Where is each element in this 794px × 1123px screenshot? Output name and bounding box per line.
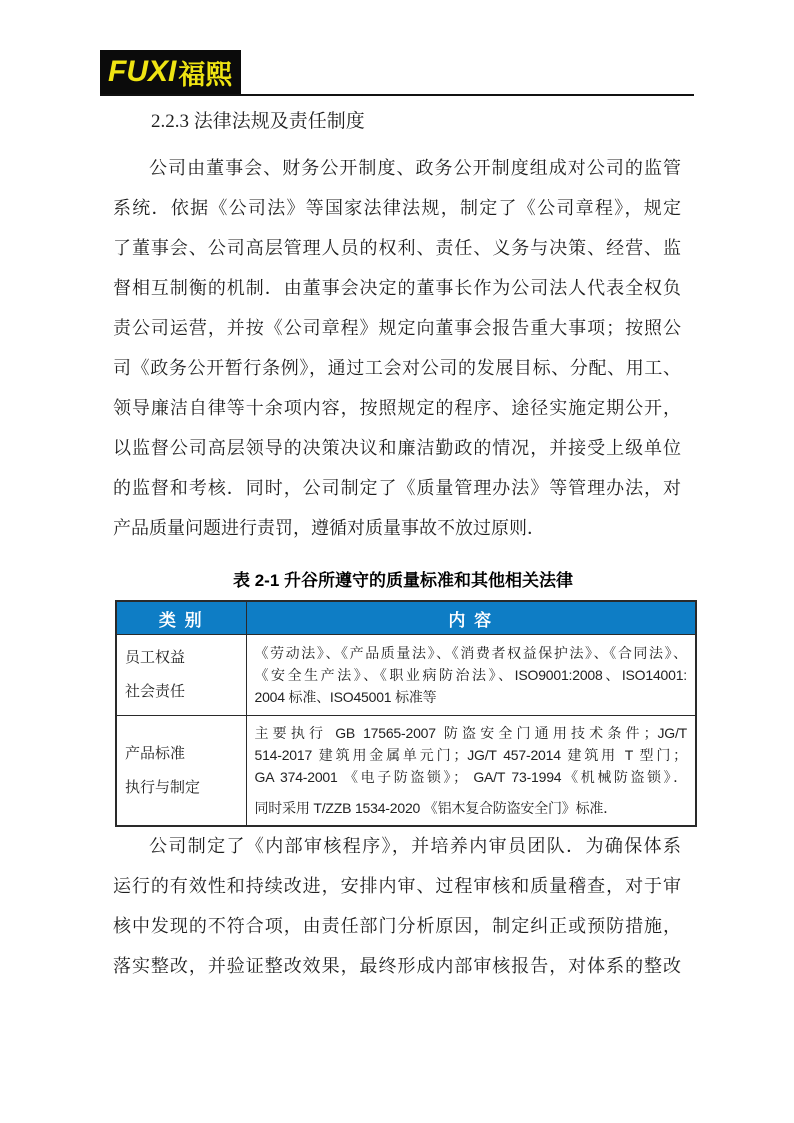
header-divider (100, 94, 694, 96)
paragraph-line: 核中发现的不符合项，由责任部门分析原因，制定纠正或预防措施， (113, 906, 681, 946)
category-line: 产品标准 (125, 737, 238, 771)
logo-cjk-text: 福熙 (178, 53, 232, 92)
paragraph-line: 司《政务公开暂行条例》，通过工会对公司的发展目标、分配、用工、 (113, 348, 681, 388)
logo-latin-text: FUXI (108, 55, 176, 89)
content-cell: 主要执行 GB 17565-2007 防盗安全门通用技术条件；JG/T 514-… (246, 716, 696, 827)
category-cell: 产品标准 执行与制定 (116, 716, 246, 827)
category-line: 员工权益 (125, 641, 238, 675)
paragraph-line: 落实整改，并验证整改效果，最终形成内部审核报告，对体系的整改 (113, 946, 681, 986)
content-line: 514-2017 建筑用金属单元门；JG/T 457-2014 建筑用 T 型门… (255, 744, 688, 766)
paragraph-line: 以监督公司高层领导的决策决议和廉洁勤政的情况，并接受上级单位 (113, 428, 681, 468)
category-line: 社会责任 (125, 675, 238, 709)
paragraph-2: 公司制定了《内部审核程序》，并培养内审员团队．为确保体系 运行的有效性和持续改进… (113, 826, 681, 986)
standards-table: 类 别 内 容 员工权益 社会责任 《劳动法》、《产品质量法》、《消费者权益保护… (115, 600, 697, 827)
table-header-content: 内 容 (246, 601, 696, 635)
paragraph-line: 的监督和考核．同时，公司制定了《质量管理办法》等管理办法，对 (113, 468, 681, 508)
paragraph-line: 公司由董事会、财务公开制度、政务公开制度组成对公司的监管 (113, 148, 681, 188)
paragraph-line: 责公司运营，并按《公司章程》规定向董事会报告重大事项；按照公 (113, 308, 681, 348)
category-line: 执行与制定 (125, 771, 238, 805)
table-row: 员工权益 社会责任 《劳动法》、《产品质量法》、《消费者权益保护法》、《合同法》… (116, 635, 696, 716)
table-header-row: 类 别 内 容 (116, 601, 696, 635)
document-page: FUXI 福熙 2.2.3 法律法规及责任制度 公司由董事会、财务公开制度、政务… (0, 0, 794, 1123)
paragraph-line: 产品质量问题进行责罚，遵循对质量事故不放过原则． (113, 508, 681, 548)
paragraph-line: 了董事会、公司高层管理人员的权利、责任、义务与决策、经营、监 (113, 228, 681, 268)
paragraph-line: 公司制定了《内部审核程序》，并培养内审员团队．为确保体系 (113, 826, 681, 866)
company-logo: FUXI 福熙 (100, 50, 241, 96)
content-line: 《安全生产法》、《职业病防治法》、ISO9001:2008、ISO14001: (255, 664, 688, 686)
content-line: 主要执行 GB 17565-2007 防盗安全门通用技术条件；JG/T (255, 722, 688, 744)
content-line: GA 374-2001 《电子防盗锁》； GA/T 73-1994《机械防盗锁》… (255, 766, 688, 788)
content-cell: 《劳动法》、《产品质量法》、《消费者权益保护法》、《合同法》、 《安全生产法》、… (246, 635, 696, 716)
paragraph-line: 督相互制衡的机制．由董事会决定的董事长作为公司法人代表全权负 (113, 268, 681, 308)
table-header-category: 类 别 (116, 601, 246, 635)
paragraph-line: 运行的有效性和持续改进，安排内审、过程审核和质量稽查，对于审 (113, 866, 681, 906)
table-row: 产品标准 执行与制定 主要执行 GB 17565-2007 防盗安全门通用技术条… (116, 716, 696, 827)
content-line: 同时采用 T/ZZB 1534-2020 《铝木复合防盗安全门》标准． (255, 797, 688, 819)
paragraph-line: 领导廉洁自律等十余项内容，按照规定的程序、途径实施定期公开， (113, 388, 681, 428)
paragraph-line: 系统．依据《公司法》等国家法律法规，制定了《公司章程》，规定 (113, 188, 681, 228)
category-cell: 员工权益 社会责任 (116, 635, 246, 716)
table-caption: 表 2-1 升谷所遵守的质量标准和其他相关法律 (113, 567, 693, 595)
section-heading: 2.2.3 法律法规及责任制度 (113, 108, 681, 136)
content-line: 2004 标准、ISO45001 标准等 (255, 686, 688, 708)
paragraph-1: 公司由董事会、财务公开制度、政务公开制度组成对公司的监管 系统．依据《公司法》等… (113, 148, 681, 548)
content-line: 《劳动法》、《产品质量法》、《消费者权益保护法》、《合同法》、 (255, 642, 688, 664)
